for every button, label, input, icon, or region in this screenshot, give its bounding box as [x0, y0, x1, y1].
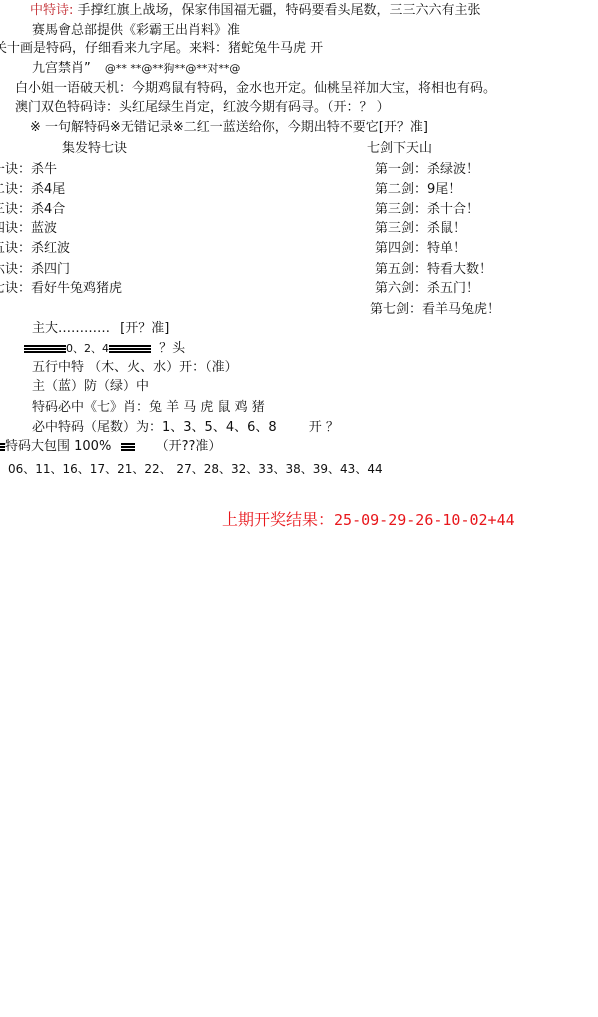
- tail-open: 开 ？: [309, 420, 339, 435]
- tail-numbers: 必中特码（尾数）为：1、3、5、4、6、8: [32, 420, 277, 435]
- sword-item: 第六剑：杀五门！: [375, 280, 479, 298]
- formula-item: 五诀：杀红波: [0, 240, 70, 258]
- main-big-line: 主大………… [开？准]: [32, 320, 169, 338]
- head-suffix: ？头: [159, 341, 185, 356]
- big-pack-line: 特码大包围 100% （开??准）: [0, 438, 221, 456]
- formula-item: 二诀：杀4尾: [0, 181, 65, 199]
- sword-item: 第三剑：杀十合！: [375, 201, 479, 219]
- triple-bar-icon: [109, 345, 151, 353]
- main-color-line: 主（蓝）防（绿）中: [32, 378, 149, 396]
- last-result-label: 上期开奖结果：: [222, 510, 334, 529]
- verse-line-3: ※ 一句解特码※无错记录※二红一蓝送给你，今期出特不要它[开？准]: [30, 119, 428, 137]
- verse-line-2: 澳门双色特码诗：头红尾绿生肖定，红波今期有码寻。（开：？ ）: [15, 99, 390, 117]
- main-big-text: 主大…………: [32, 321, 110, 336]
- seven-formulas-title: 集发特七诀: [62, 140, 127, 158]
- header-line-3: 关十画是特码，仔细看来九字尾。来料：猪蛇兔牛马虎 开: [0, 40, 323, 58]
- sword-item: 第二剑：9尾！: [375, 181, 461, 199]
- header-line-1: 中特诗: 手撑红旗上战场，保家伟国福无疆，特码要看头尾数，三三六六有主张: [30, 2, 481, 20]
- formula-item: 三诀：杀4合: [0, 201, 65, 219]
- big-pack-numbers: 06、11、16、17、21、22、 27、28、32、33、38、39、43、…: [8, 460, 383, 478]
- sword-item: 第一剑：杀绿波！: [375, 161, 479, 179]
- sword-item: 第三剑：杀鼠！: [375, 220, 466, 238]
- formula-item: 四诀：蓝波: [0, 220, 57, 238]
- poem-text: 手撑红旗上战场，保家伟国福无疆，特码要看头尾数，三三六六有主张: [73, 3, 480, 18]
- sword-item: 第五剑：特看大数！: [375, 261, 492, 279]
- tail-numbers-line: 必中特码（尾数）为：1、3、5、4、6、8 开 ？: [32, 419, 339, 437]
- head-numbers-line: 0、2、4 ？头: [24, 340, 185, 358]
- five-elements-line: 五行中特 （木、火、水）开：（准）: [32, 359, 238, 377]
- masked-code: @** **@**狗**@**对**@: [105, 62, 241, 75]
- nine-palace-text: 九宫禁肖”: [32, 61, 91, 76]
- verse-line-1: 白小姐一语破天机：今期鸡鼠有特码，金水也开定。仙桃呈祥加大宝，将相也有码。: [15, 80, 496, 98]
- last-result: 上期开奖结果：25-09-29-26-10-02+44: [222, 509, 515, 531]
- formula-item: 七诀：看好牛兔鸡猪虎: [0, 280, 122, 298]
- header-line-4: 九宫禁肖” @** **@**狗**@**对**@: [32, 60, 240, 78]
- big-pack-tag: （开??准）: [156, 439, 222, 454]
- formula-item: 一诀：杀牛: [0, 161, 57, 179]
- head-numbers: 0、2、4: [66, 342, 109, 355]
- sword-item: 第四剑：特单！: [375, 240, 466, 258]
- formula-item: 六诀：杀四门: [0, 261, 70, 279]
- triple-bar-icon: [24, 345, 66, 353]
- big-pack-label: 特码大包围 100%: [5, 439, 111, 454]
- sword-item: 第七剑：看羊马兔虎！: [370, 301, 500, 319]
- double-bar-icon: [121, 443, 135, 451]
- main-big-tag: [开？准]: [120, 321, 169, 336]
- last-result-numbers: 25-09-29-26-10-02+44: [334, 511, 515, 529]
- zodiac-seven-line: 特码必中《七》肖：兔 羊 马 虎 鼠 鸡 猪: [32, 399, 265, 417]
- seven-swords-title: 七剑下天山: [367, 140, 432, 158]
- poem-label: 中特诗:: [30, 3, 73, 18]
- header-line-2: 赛馬會总部提供《彩霸王出肖料》准: [32, 22, 240, 40]
